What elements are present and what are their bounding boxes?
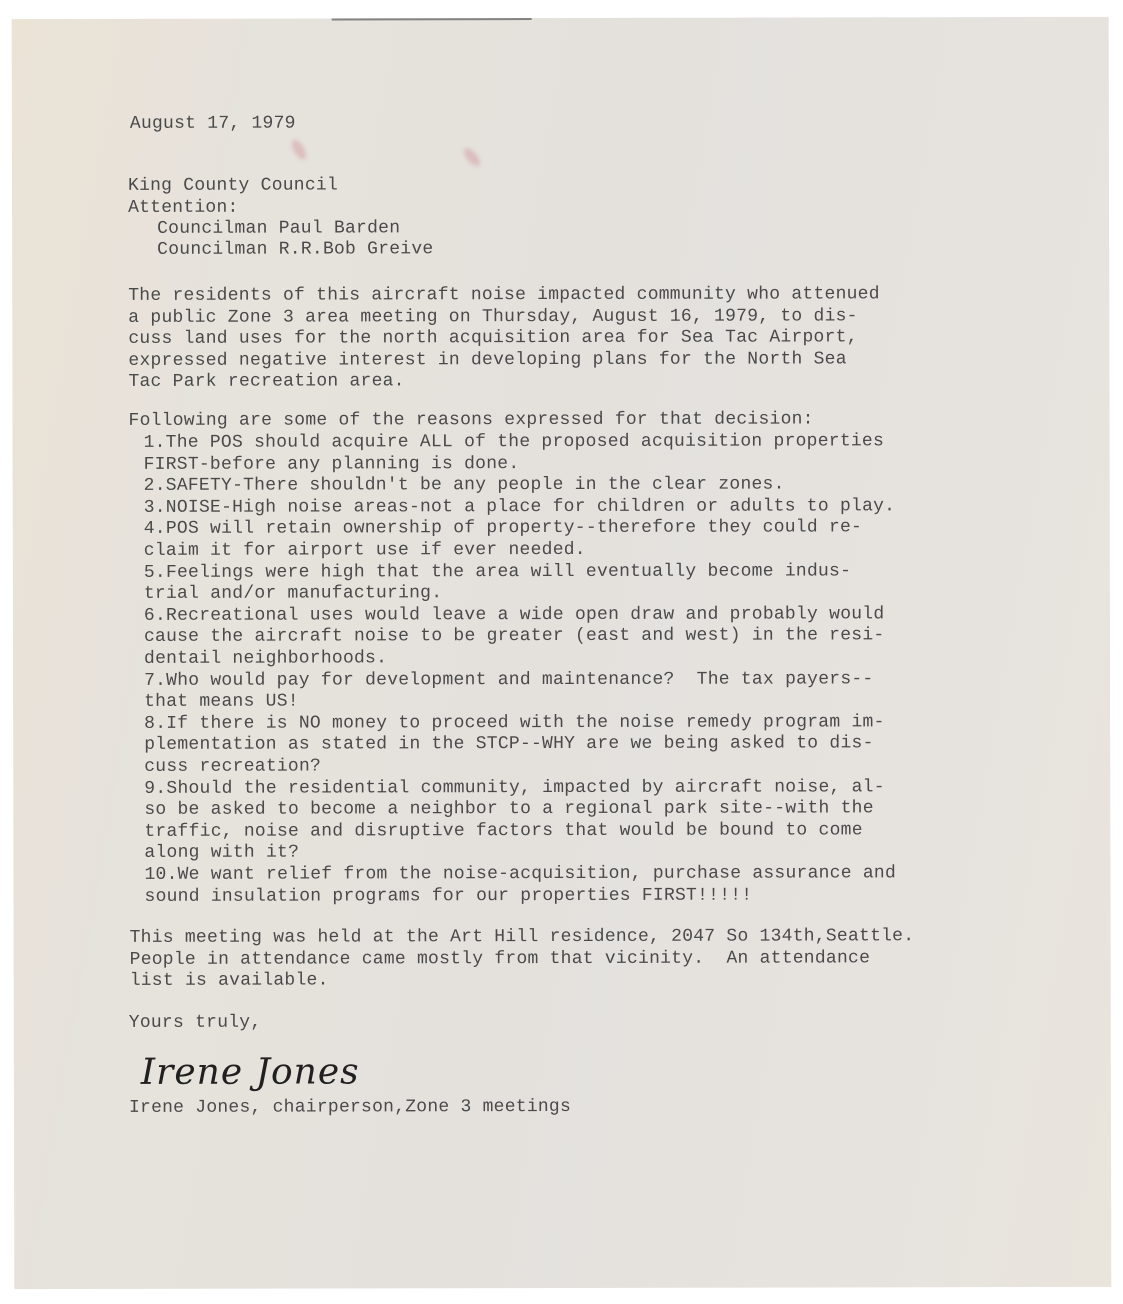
reason-line: cause the aircraft noise to be greater (… bbox=[144, 626, 885, 648]
salutation: Yours truly, bbox=[129, 1013, 262, 1033]
recipient-name: Councilman Paul Barden bbox=[157, 218, 400, 239]
reason-line: so be asked to become a neighbor to a re… bbox=[144, 799, 873, 821]
reason-line: 3.NOISE-High noise areas-not a place for… bbox=[144, 496, 896, 518]
stain-mark bbox=[461, 146, 483, 169]
letter-page: August 17, 1979 King County Council Atte… bbox=[12, 17, 1112, 1289]
page-edge-mark bbox=[332, 18, 532, 20]
reason-line: 6.Recreational uses would leave a wide o… bbox=[144, 604, 885, 626]
reason-line: 4.POS will retain ownership of property-… bbox=[144, 518, 862, 540]
letter-body: August 17, 1979 King County Council Atte… bbox=[12, 19, 57, 439]
attention-label: Attention: bbox=[128, 198, 239, 218]
reasons-heading: Following are some of the reasons expres… bbox=[128, 409, 813, 430]
signer-line: Irene Jones, chairperson,Zone 3 meetings bbox=[129, 1097, 571, 1118]
recipient-organization: King County Council bbox=[128, 175, 338, 195]
reason-line: 8.If there is NO money to proceed with t… bbox=[144, 712, 885, 734]
reason-line: 10.We want relief from the noise-acquisi… bbox=[144, 863, 896, 885]
reason-line: plementation as stated in the STCP--WHY … bbox=[144, 734, 873, 756]
intro-line: cuss land uses for the north acquisition… bbox=[128, 327, 857, 349]
reason-line: 9.Should the residential community, impa… bbox=[144, 777, 885, 799]
reason-line: traffic, noise and disruptive factors th… bbox=[144, 820, 862, 842]
reason-line: cuss recreation? bbox=[144, 757, 321, 777]
intro-line: expressed negative interest in developin… bbox=[128, 349, 846, 371]
reason-line: claim it for airport use if ever needed. bbox=[144, 540, 586, 561]
reason-line: along with it? bbox=[144, 843, 299, 863]
closing-line: This meeting was held at the Art Hill re… bbox=[130, 926, 915, 948]
reason-line: sound insulation programs for our proper… bbox=[144, 885, 752, 906]
reason-line: 5.Feelings were high that the area will … bbox=[144, 561, 851, 582]
intro-line: The residents of this aircraft noise imp… bbox=[128, 284, 880, 306]
closing-line: list is available. bbox=[130, 970, 329, 990]
intro-line: a public Zone 3 area meeting on Thursday… bbox=[128, 306, 857, 328]
closing-line: People in attendance came mostly from th… bbox=[130, 948, 871, 970]
handwritten-signature: Irene Jones bbox=[141, 1051, 360, 1092]
reason-line: trial and/or manufacturing. bbox=[144, 583, 442, 604]
reason-line: 2.SAFETY-There shouldn't be any people i… bbox=[144, 475, 785, 496]
stain-mark bbox=[289, 138, 309, 162]
letter-date: August 17, 1979 bbox=[130, 114, 296, 134]
intro-line: Tac Park recreation area. bbox=[128, 371, 404, 392]
reason-line: 7.Who would pay for development and main… bbox=[144, 669, 873, 691]
reason-line: dentail neighborhoods. bbox=[144, 648, 387, 669]
recipient-name: Councilman R.R.Bob Greive bbox=[157, 239, 433, 260]
reason-line: FIRST-before any planning is done. bbox=[144, 454, 520, 475]
reason-line: 1.The POS should acquire ALL of the prop… bbox=[144, 431, 885, 453]
reason-line: that means US! bbox=[144, 692, 299, 712]
